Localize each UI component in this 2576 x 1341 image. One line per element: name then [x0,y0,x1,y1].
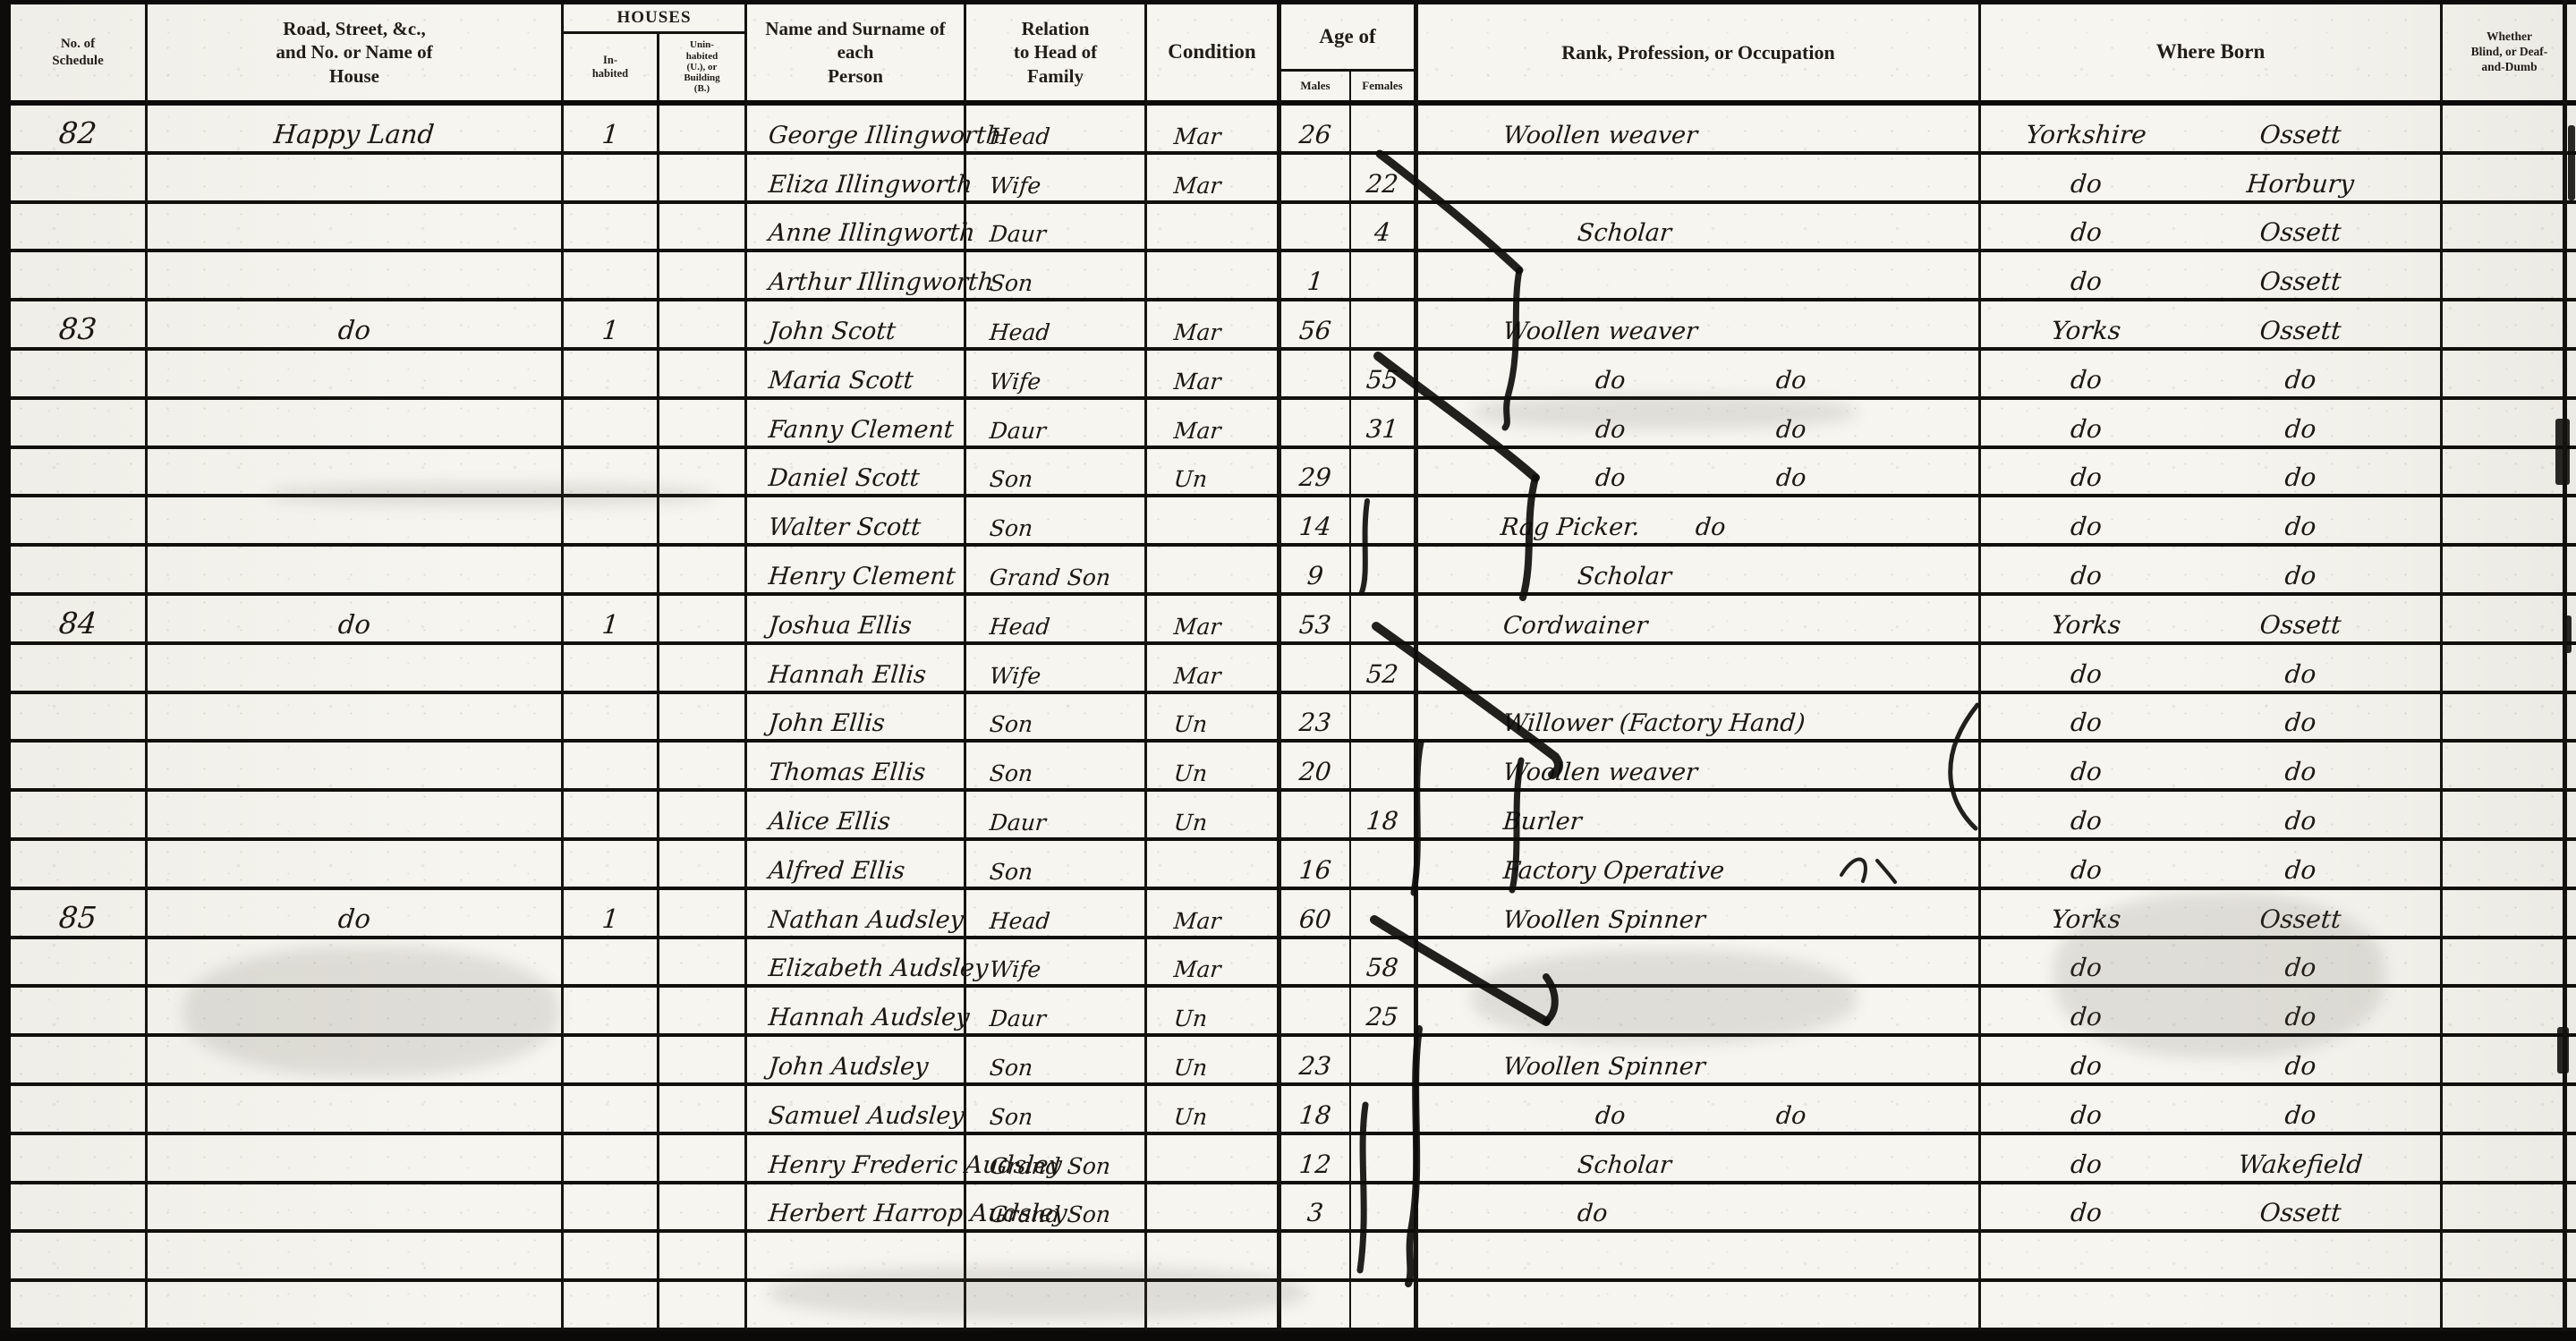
born-place: do [2190,465,2441,490]
occupation-text: Scholar [1577,1153,1672,1177]
where-born: doWakefield [1981,1135,2443,1184]
age-female [1351,449,1418,498]
inhabited-mark [564,645,659,694]
relation: Son [966,252,1147,301]
born-county: do [1980,858,2192,883]
relation-text: Wife [989,665,1041,687]
person-name-text: Maria Scott [768,369,914,393]
age-male: 56 [1281,301,1351,351]
bleed-through-mark [1472,950,1857,1044]
age-female: 22 [1351,155,1418,204]
schedule-number [11,1135,148,1184]
disability-cell [2443,106,2576,155]
age-male-text: 16 [1298,858,1332,883]
occupation-text: do [1594,1104,1627,1128]
born-county: do [1980,220,2192,245]
relation: Daur [966,988,1147,1037]
uninhabited-cell [659,252,747,301]
schedule-number [11,1086,148,1135]
inhabited-mark [564,694,659,743]
col-header-condition: Condition [1147,4,1281,106]
relation: Son [966,1037,1147,1086]
schedule-number: 83 [11,301,148,351]
schedule-number-text: 85 [58,903,98,932]
born-place: Ossett [2190,220,2441,245]
uninhabited-cell [659,400,747,449]
schedule-number [11,351,148,400]
relation: Son [966,449,1147,498]
born-county: do [1980,662,2192,687]
col-header-road: Road, Street, &c., and No. or Name of Ho… [148,4,564,106]
age-female [1351,1184,1418,1234]
bleed-through-mark [268,483,716,506]
age-male [1281,155,1351,204]
schedule-number: 82 [11,106,148,155]
person-name: Henry Clement [747,547,966,596]
born-place: do [2190,564,2441,589]
col-header-where-born: Where Born [1981,4,2443,106]
condition: Un [1147,988,1281,1037]
inhabited-mark [564,792,659,841]
relation: Daur [966,400,1147,449]
uninhabited-cell [659,1282,747,1331]
relation: Son [966,694,1147,743]
relation: Wife [966,939,1147,989]
relation: Grand Son [966,1135,1147,1184]
disability-cell [2443,743,2576,792]
occupation: Burler [1418,792,1981,841]
age-male-text: 18 [1298,1103,1332,1128]
schedule-number: 84 [11,596,148,645]
house-name [148,252,564,301]
where-born: dodo [1981,743,2443,792]
person-name: Alfred Ellis [747,841,966,890]
person-name: John Scott [747,301,966,351]
house-name [148,400,564,449]
age-male [1281,939,1351,989]
age-male-text: 26 [1298,123,1332,148]
condition-text: Mar [1173,370,1222,393]
occupation-text: Factory Operative [1502,859,1725,883]
person-name: Arthur Illingworth [747,252,966,301]
inhabited-mark [564,400,659,449]
occupation-text: Woollen Spinner [1502,908,1706,932]
born-place: do [2190,368,2441,393]
relation-text: Head [989,910,1051,932]
house-name [148,743,564,792]
age-female [1351,252,1418,301]
age-male: 23 [1281,1037,1351,1086]
census-table-body: 82Happy Land1George IllingworthHeadMar26… [11,106,2576,1331]
house-name [148,204,564,253]
house-name [148,1184,564,1234]
age-male: 14 [1281,497,1351,547]
occupation: Woollen Spinner [1418,1037,1981,1086]
inhabited-mark [564,841,659,890]
col-header-blind: Whether Blind, or Deaf- and-Dumb [2443,4,2576,106]
schedule-number [11,1184,148,1234]
person-name: Henry Frederic Audsley [747,1135,966,1184]
sheet-bottom-border [0,1331,2576,1341]
census-page-scan: No. of Schedule Road, Street, &c., and N… [0,0,2576,1341]
inhabited-mark: 1 [564,301,659,351]
born-place: Wakefield [2190,1152,2441,1177]
person-name-text: Nathan Audsley [768,908,965,932]
person-name: Hannah Ellis [747,645,966,694]
person-name-text: Hannah Ellis [768,663,927,687]
condition: Mar [1147,596,1281,645]
inhabited-mark [564,988,659,1037]
uninhabited-cell [659,351,747,400]
condition-text: Mar [1173,665,1222,687]
relation-text: Daur [989,811,1047,834]
person-name: George Illingworth [747,106,966,155]
where-born: doOssett [1981,1184,2443,1234]
person-name: Alice Ellis [747,792,966,841]
occupation: dodo [1418,1086,1981,1135]
age-male-text: 23 [1298,710,1332,735]
sheet-left-border [0,0,11,1341]
person-name: Samuel Audsley [747,1086,966,1135]
disability-cell [2443,301,2576,351]
age-female [1351,497,1418,547]
schedule-number [11,743,148,792]
occupation-text: Woollen weaver [1502,319,1698,344]
where-born: dodo [1981,841,2443,890]
disability-cell [2443,890,2576,939]
person-name-text: Fanny Clement [768,418,955,442]
person-name-text: Alfred Ellis [768,859,906,883]
person-name-text: Samuel Audsley [768,1104,965,1128]
born-county: do [1980,809,2192,834]
relation-text: Wife [989,958,1041,980]
born-county: do [1980,564,2192,589]
age-male-text: 23 [1298,1054,1332,1079]
relation-text: Head [989,615,1051,638]
where-born: dodo [1981,1086,2443,1135]
age-male: 18 [1281,1086,1351,1135]
schedule-number [11,400,148,449]
relation: Wife [966,645,1147,694]
inhabited-mark [564,939,659,989]
disability-cell [2443,596,2576,645]
condition [1147,1135,1281,1184]
schedule-number-text: 83 [58,314,98,344]
condition-text: Mar [1173,615,1222,638]
condition: Un [1147,792,1281,841]
age-female [1351,841,1418,890]
schedule-number [11,497,148,547]
person-name-text: Joshua Ellis [768,614,913,638]
disability-cell [2443,841,2576,890]
person-name: Eliza Illingworth [747,155,966,204]
born-place: do [2190,662,2441,687]
age-male [1281,792,1351,841]
schedule-number: 85 [11,890,148,939]
house-name-text: Happy Land [273,122,436,148]
inhabited-mark [564,1233,659,1282]
disability-cell [2443,1037,2576,1086]
person-name-text: Alice Ellis [768,810,891,834]
where-born: doOssett [1981,204,2443,253]
where-born: dodo [1981,400,2443,449]
uninhabited-cell [659,155,747,204]
relation: Head [966,106,1147,155]
condition: Mar [1147,645,1281,694]
age-male-text: 12 [1298,1152,1332,1177]
born-county: do [1980,269,2192,294]
disability-cell [2443,155,2576,204]
uninhabited-cell [659,841,747,890]
occupation-text: Scholar [1577,221,1672,245]
age-female [1351,1086,1418,1135]
born-place: Ossett [2190,269,2441,294]
condition: Mar [1147,890,1281,939]
bleed-through-mark [1472,395,1857,429]
schedule-number [11,547,148,596]
inhabited-mark [564,1086,659,1135]
person-name-text: John Audsley [768,1055,930,1079]
age-male-text: 3 [1306,1201,1324,1226]
age-male: 1 [1281,252,1351,301]
disability-cell [2443,1135,2576,1184]
scan-edge-blot [2568,125,2575,200]
occupation: Factory Operative [1418,841,1981,890]
disability-cell [2443,1282,2576,1331]
born-place: Ossett [2190,613,2441,638]
born-county: Yorkshire [1980,123,2192,148]
person-name: Daniel Scott [747,449,966,498]
schedule-number-text: 82 [58,118,98,148]
occupation-text: Rag Picker. [1500,515,1641,539]
inhabited-mark [564,204,659,253]
relation-text: Son [989,468,1033,490]
condition: Mar [1147,351,1281,400]
disability-cell [2443,204,2576,253]
house-name: do [148,301,564,351]
person-name-text: Anne Illingworth [768,221,976,245]
where-born: dodo [1981,547,2443,596]
inhabited-mark: 1 [564,890,659,939]
house-name [148,1135,564,1184]
occupation: Woollen weaver [1418,301,1981,351]
uninhabited-cell [659,547,747,596]
relation: Wife [966,155,1147,204]
uninhabited-cell [659,890,747,939]
occupation: dodo [1418,449,1981,498]
inhabited-mark-text: 1 [600,122,619,148]
inhabited-mark: 1 [564,106,659,155]
age-female-text: 31 [1365,417,1399,442]
age-male [1281,204,1351,253]
where-born: dodo [1981,449,2443,498]
person-name: Maria Scott [747,351,966,400]
occupation-text: do [1594,466,1627,490]
age-female [1351,743,1418,792]
age-female [1351,301,1418,351]
occupation: Scholar [1418,547,1981,596]
house-name [148,1086,564,1135]
born-county: Yorks [1980,318,2192,344]
condition-text: Mar [1173,958,1222,980]
occupation: Scholar [1418,1135,1981,1184]
occupation-ditto: do [1774,369,1807,393]
disability-cell [2443,939,2576,989]
age-male: 3 [1281,1184,1351,1234]
house-name [148,694,564,743]
col-header-uninhabited: Unin- habited (U.), or Building (B.) [659,34,744,100]
age-female: 4 [1351,204,1418,253]
age-male: 16 [1281,841,1351,890]
age-male [1281,351,1351,400]
house-name: do [148,596,564,645]
condition-text: Un [1173,762,1208,785]
schedule-number [11,1282,148,1331]
relation-text: Son [989,861,1033,883]
occupation-text: do [1577,1201,1609,1226]
age-female [1351,1135,1418,1184]
age-female [1351,1233,1418,1282]
person-name-text: Hannah Audsley [768,1006,971,1030]
occupation [1418,645,1981,694]
relation-text: Daur [989,420,1047,442]
age-female [1351,106,1418,155]
born-county: do [1980,172,2192,197]
condition-text: Mar [1173,125,1222,148]
where-born: dodo [1981,792,2443,841]
person-name-text: Thomas Ellis [768,760,927,785]
person-name-text: Arthur Illingworth [768,270,995,294]
person-name-text: Daniel Scott [768,466,921,490]
person-name-text: Walter Scott [768,515,922,539]
relation-text: Wife [989,174,1041,197]
born-county: do [1980,760,2192,785]
inhabited-mark [564,252,659,301]
age-female: 52 [1351,645,1418,694]
house-name: Happy Land [148,106,564,155]
condition: Mar [1147,939,1281,989]
age-female-text: 4 [1373,220,1391,245]
person-name: Hannah Audsley [747,988,966,1037]
uninhabited-cell [659,1086,747,1135]
person-name: Fanny Clement [747,400,966,449]
born-county: do [1980,417,2192,442]
condition: Un [1147,449,1281,498]
age-male [1281,645,1351,694]
col-header-males: Males [1281,72,1351,100]
sheet-top-border [0,0,2576,4]
disability-cell [2443,694,2576,743]
house-name [148,155,564,204]
relation-text: Son [989,1057,1033,1079]
age-male: 26 [1281,106,1351,155]
condition-text: Un [1173,713,1208,735]
relation: Head [966,301,1147,351]
age-female [1351,890,1418,939]
born-place: do [2190,809,2441,834]
uninhabited-cell [659,106,747,155]
where-born: YorksOssett [1981,596,2443,645]
condition [1147,841,1281,890]
where-born [1981,1282,2443,1331]
schedule-number-text: 84 [58,608,98,638]
person-name: Joshua Ellis [747,596,966,645]
disability-cell [2443,547,2576,596]
col-header-name: Name and Surname of each Person [747,4,966,106]
age-female: 25 [1351,988,1418,1037]
condition: Un [1147,1037,1281,1086]
occupation-text: Willower (Factory Hand) [1502,711,1807,735]
occupation-text: Scholar [1577,564,1672,589]
bleed-through-mark [2053,893,2385,1058]
occupation-text: Woollen Spinner [1502,1055,1706,1079]
born-county: do [1980,1054,2192,1079]
age-female-text: 55 [1365,368,1399,393]
condition-text: Un [1173,468,1208,490]
where-born: dodo [1981,351,2443,400]
age-female-text: 18 [1365,809,1399,834]
inhabited-mark [564,1135,659,1184]
relation-text: Grand Son [989,1155,1111,1177]
born-place: do [2190,760,2441,785]
table-header: No. of Schedule Road, Street, &c., and N… [11,4,2576,106]
uninhabited-cell [659,1037,747,1086]
condition [1147,204,1281,253]
condition: Un [1147,743,1281,792]
person-name-text: Eliza Illingworth [768,173,973,197]
relation-text: Son [989,762,1033,785]
age-male: 29 [1281,449,1351,498]
disability-cell [2443,792,2576,841]
inhabited-mark-text: 1 [600,318,619,344]
where-born: YorkshireOssett [1981,106,2443,155]
occupation [1418,1282,1981,1331]
col-header-inhabited: In- habited [564,34,659,100]
person-name: Walter Scott [747,497,966,547]
person-name-text: John Ellis [768,711,886,735]
house-name [148,1282,564,1331]
condition-text: Un [1173,1106,1208,1128]
disability-cell [2443,1233,2576,1282]
col-header-age-of: Age of [1281,4,1414,69]
person-name: John Audsley [747,1037,966,1086]
house-name-text: do [337,318,372,344]
age-male-text: 60 [1298,907,1332,932]
condition [1147,497,1281,547]
age-male [1281,1233,1351,1282]
relation: Grand Son [966,547,1147,596]
person-name: John Ellis [747,694,966,743]
where-born: dodo [1981,497,2443,547]
relation-text: Son [989,517,1033,539]
condition-text: Mar [1173,910,1222,932]
age-male-text: 53 [1298,613,1332,638]
disability-cell [2443,497,2576,547]
col-header-relation: Relation to Head of Family [966,4,1147,106]
disability-cell [2443,1086,2576,1135]
occupation [1418,155,1981,204]
relation-text: Son [989,272,1033,294]
occupation: dodo [1418,351,1981,400]
person-name: Nathan Audsley [747,890,966,939]
inhabited-mark-text: 1 [600,906,619,932]
where-born: dodo [1981,645,2443,694]
person-name: Anne Illingworth [747,204,966,253]
where-born [1981,1233,2443,1282]
schedule-number [11,1037,148,1086]
age-female-text: 25 [1365,1005,1399,1030]
house-name [148,1233,564,1282]
